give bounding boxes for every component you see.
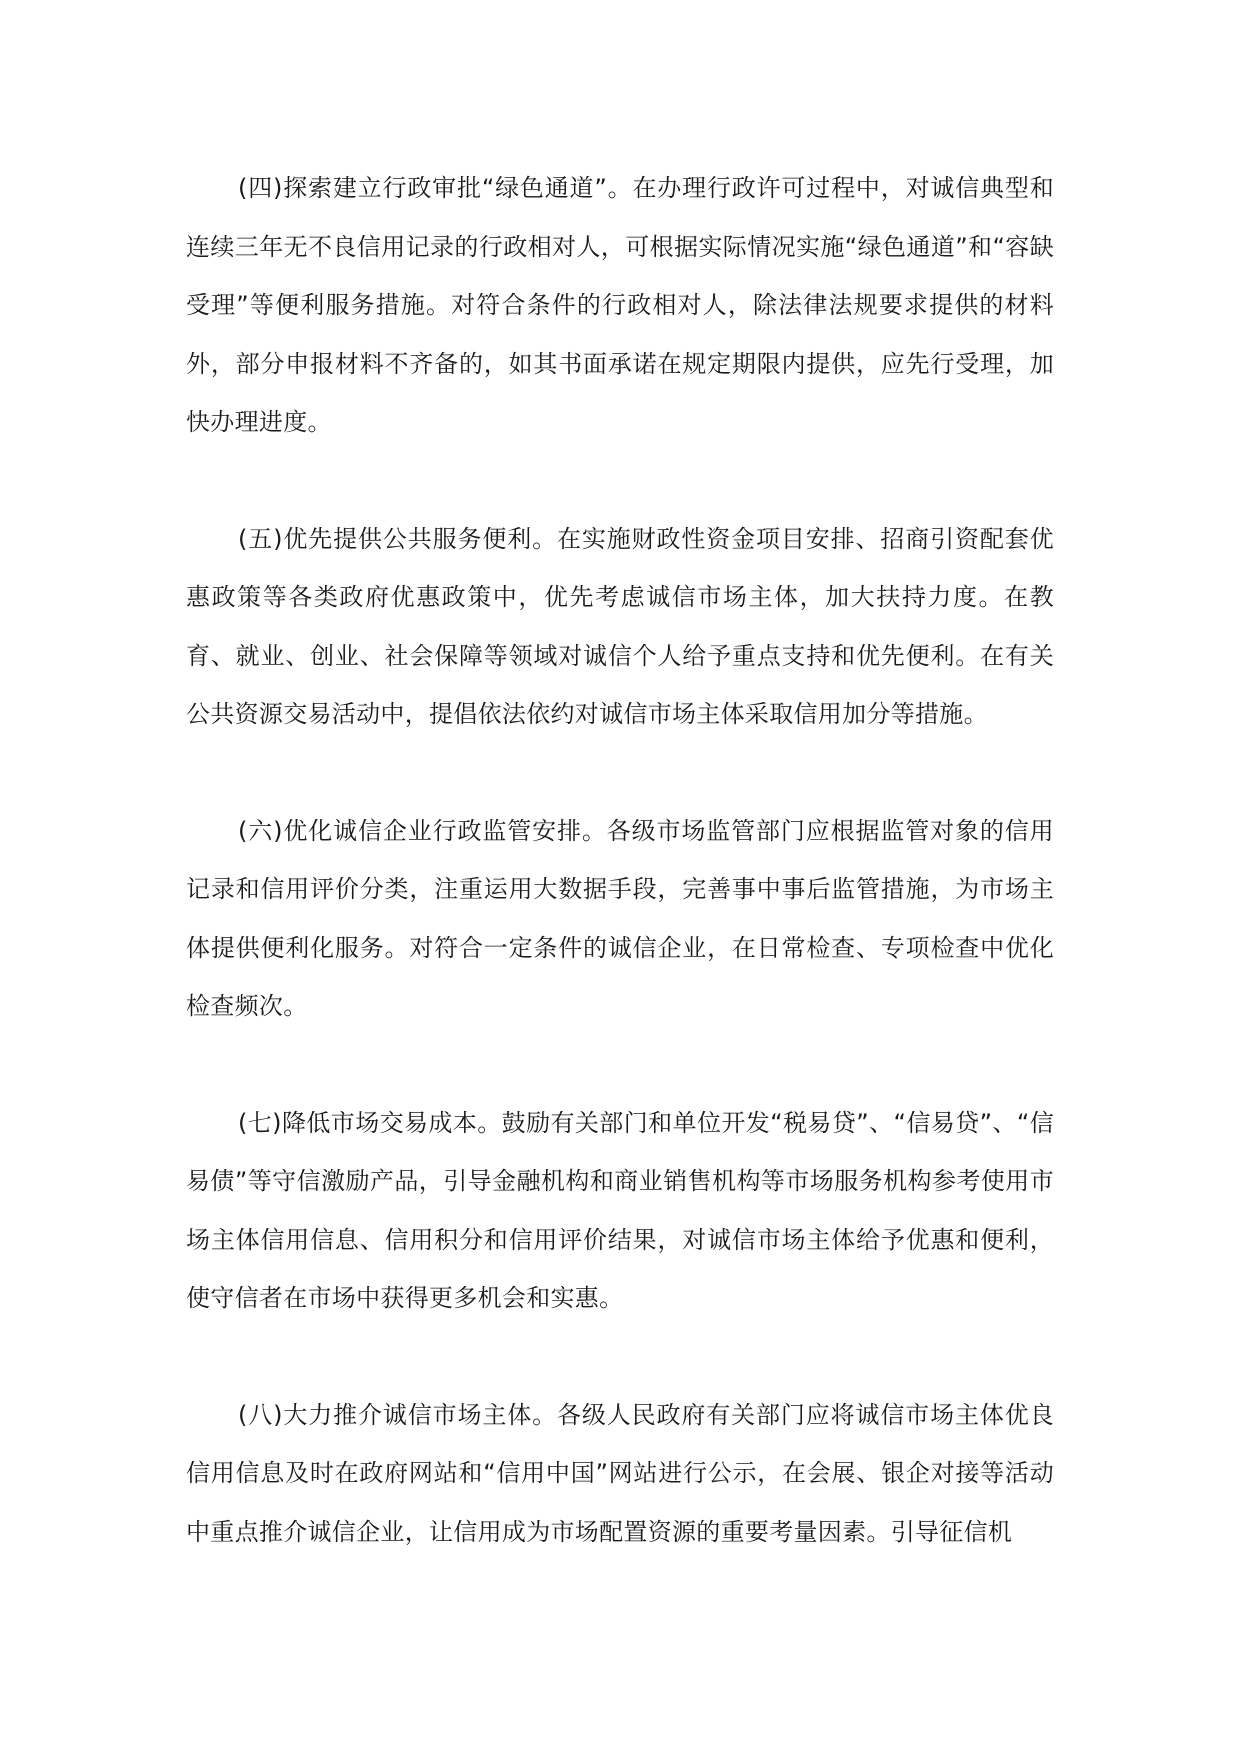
paragraph-public-service: (五)优先提供公共服务便利。在实施财政性资金项目安排、招商引资配套优惠政策等各类… xyxy=(186,510,1054,744)
paragraph-transaction-cost: (七)降低市场交易成本。鼓励有关部门和单位开发“税易贷”、“信易贷”、“信易债”… xyxy=(186,1094,1054,1328)
paragraph-promote-entities: (八)大力推介诚信市场主体。各级人民政府有关部门应将诚信市场主体优良信用信息及时… xyxy=(186,1386,1054,1562)
paragraph-green-channel: (四)探索建立行政审批“绿色通道”。在办理行政许可过程中，对诚信典型和连续三年无… xyxy=(186,159,1054,452)
paragraph-supervision: (六)优化诚信企业行政监管安排。各级市场监管部门应根据监管对象的信用记录和信用评… xyxy=(186,802,1054,1036)
document-page: (四)探索建立行政审批“绿色通道”。在办理行政许可过程中，对诚信典型和连续三年无… xyxy=(186,159,1054,1561)
